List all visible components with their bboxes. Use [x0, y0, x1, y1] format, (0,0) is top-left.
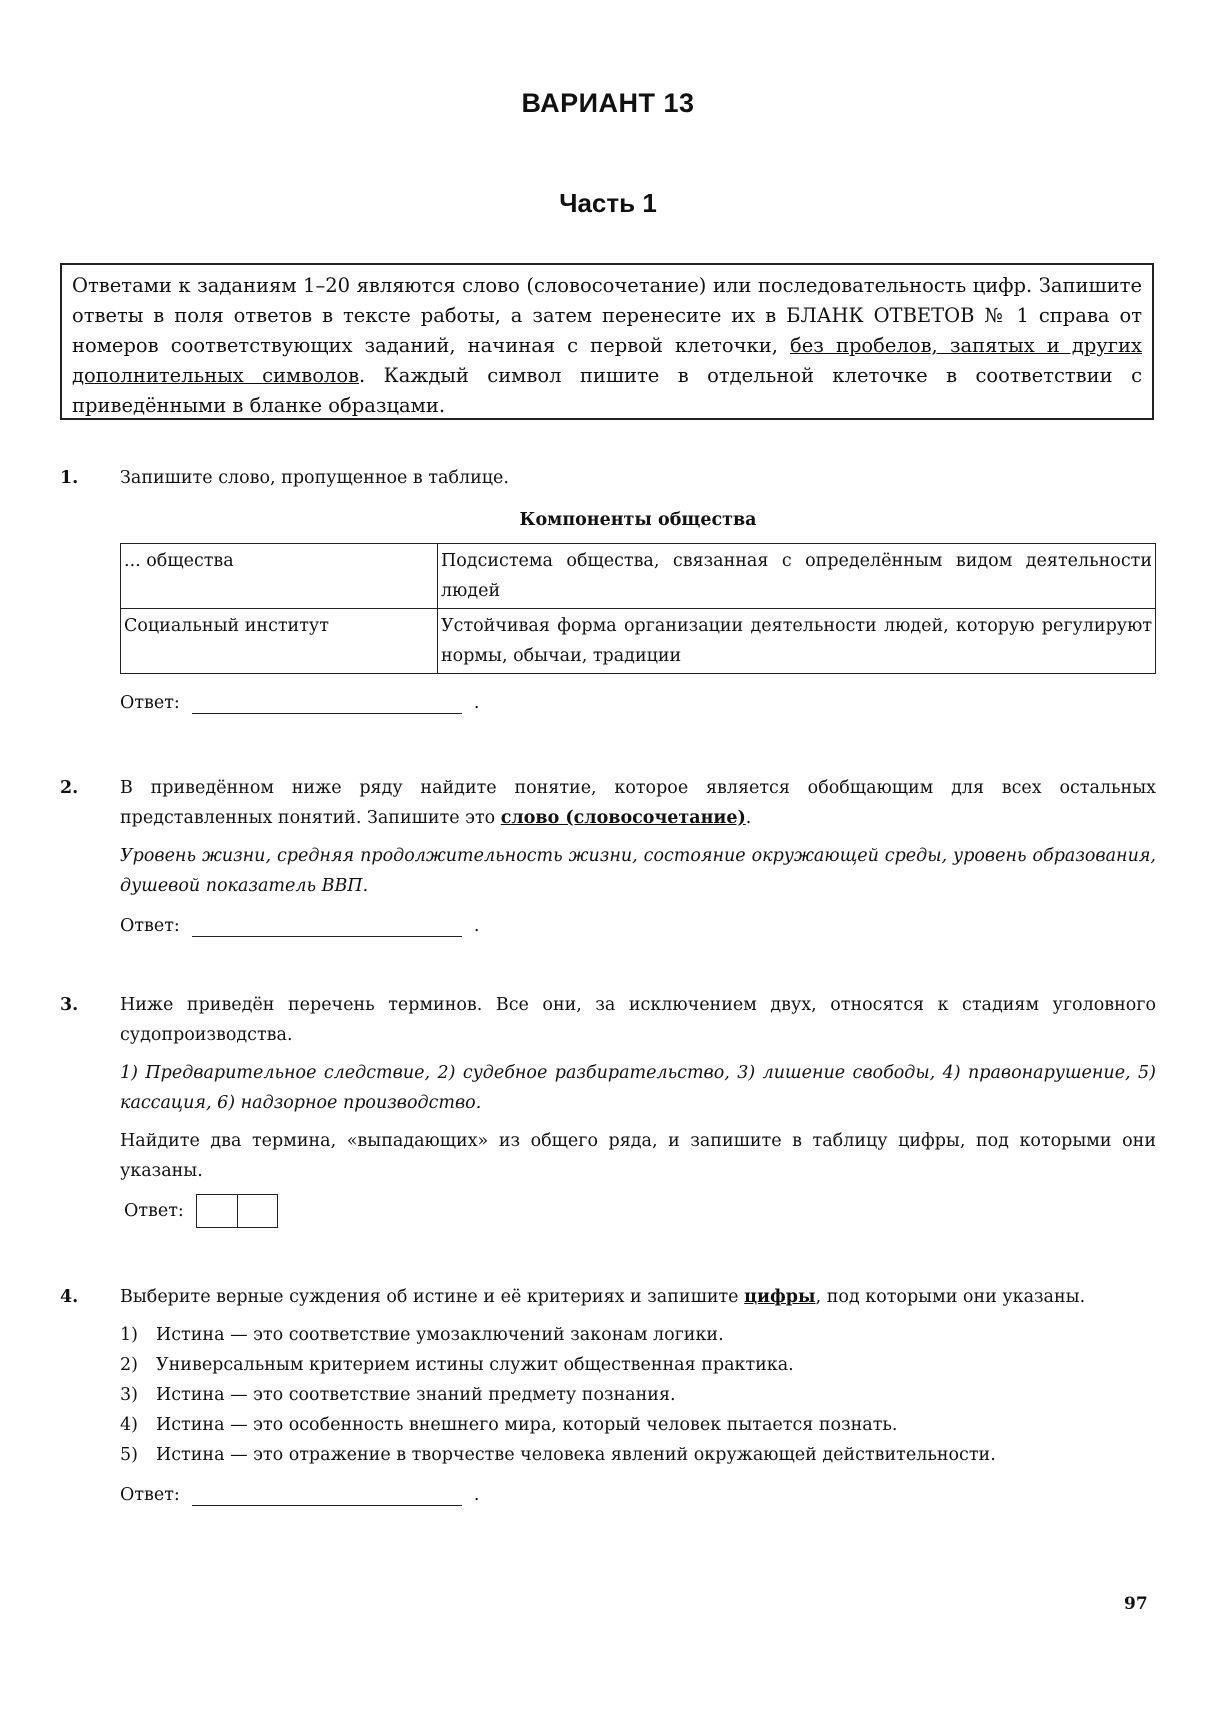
option-text: Истина — это соответствие знаний предмет… [156, 1380, 676, 1410]
table-cell-term: ... общества [121, 544, 438, 609]
question-emphasis: слово (словосочетание) [501, 808, 746, 828]
answer-row: Ответ: . [120, 688, 1156, 718]
question-1: 1. Запишите слово, пропущенное в таблице… [60, 463, 1156, 718]
answer-dot: . [474, 1480, 480, 1510]
answer-dot: . [474, 911, 480, 941]
option-item: 2)Универсальным критерием истины служит … [120, 1350, 1156, 1380]
option-number: 2) [120, 1350, 156, 1380]
question-task: Найдите два термина, «выпадающих» из общ… [120, 1126, 1156, 1186]
option-item: 3)Истина — это соответствие знаний предм… [120, 1380, 1156, 1410]
question-text-start: Выберите верные суждения об истине и её … [120, 1287, 744, 1307]
table-row: Социальный институт Устойчивая форма орг… [121, 609, 1156, 674]
instructions-box: Ответами к заданиям 1–20 являются слово … [60, 263, 1154, 420]
answer-cells [196, 1194, 278, 1228]
answer-row: Ответ: . [120, 1480, 1156, 1510]
question-text-end: . [746, 808, 752, 828]
question-text: Запишите слово, пропущенное в таблице. [120, 463, 1156, 493]
question-4: 4. Выберите верные суждения об истине и … [60, 1282, 1156, 1510]
option-number: 1) [120, 1320, 156, 1350]
question-emphasis: цифры [744, 1287, 815, 1307]
option-item: 1)Истина — это соответствие умозаключени… [120, 1320, 1156, 1350]
option-text: Истина — это особенность внешнего мира, … [156, 1410, 897, 1440]
options-list: 1)Истина — это соответствие умозаключени… [120, 1320, 1156, 1470]
option-text: Истина — это отражение в творчестве чело… [156, 1440, 996, 1470]
answer-field[interactable] [192, 1485, 462, 1506]
variant-title: ВАРИАНТ 13 [0, 88, 1216, 119]
question-number: 1. [60, 463, 78, 493]
answer-row: Ответ: [124, 1194, 1156, 1228]
answer-field[interactable] [192, 916, 462, 937]
question-number: 2. [60, 773, 78, 803]
question-text-end: , под которыми они указаны. [816, 1287, 1086, 1307]
question-text: Выберите верные суждения об истине и её … [120, 1282, 1156, 1312]
answer-cell[interactable] [197, 1195, 237, 1227]
table-cell-definition: Подсистема общества, связанная с определ… [438, 544, 1156, 609]
components-table: ... общества Подсистема общества, связан… [120, 543, 1156, 674]
option-text: Универсальным критерием истины служит об… [156, 1350, 794, 1380]
answer-field[interactable] [192, 693, 462, 714]
answer-label: Ответ: [120, 911, 180, 941]
option-number: 5) [120, 1440, 156, 1470]
question-number: 3. [60, 990, 78, 1020]
option-number: 3) [120, 1380, 156, 1410]
question-3: 3. Ниже приведён перечень терминов. Все … [60, 990, 1156, 1228]
table-title: Компоненты общества [120, 505, 1156, 535]
table-row: ... общества Подсистема общества, связан… [121, 544, 1156, 609]
question-text: В приведённом ниже ряду найдите понятие,… [120, 773, 1156, 833]
answer-row: Ответ: . [120, 911, 1156, 941]
answer-cell[interactable] [237, 1195, 277, 1227]
question-text: Ниже приведён перечень терминов. Все они… [120, 990, 1156, 1050]
answer-label: Ответ: [120, 688, 180, 718]
answer-label: Ответ: [120, 1480, 180, 1510]
option-item: 4)Истина — это особенность внешнего мира… [120, 1410, 1156, 1440]
page-number: 97 [1124, 1594, 1148, 1614]
answer-label: Ответ: [124, 1196, 184, 1226]
option-item: 5)Истина — это отражение в творчестве че… [120, 1440, 1156, 1470]
option-number: 4) [120, 1410, 156, 1440]
table-cell-definition: Устойчивая форма организации деятельност… [438, 609, 1156, 674]
part-title: Часть 1 [0, 188, 1216, 219]
question-number: 4. [60, 1282, 78, 1312]
answer-dot: . [474, 688, 480, 718]
exam-page: ВАРИАНТ 13 Часть 1 Ответами к заданиям 1… [0, 0, 1216, 1712]
table-cell-term: Социальный институт [121, 609, 438, 674]
concept-list: Уровень жизни, средняя продолжительность… [120, 841, 1156, 901]
option-text: Истина — это соответствие умозаключений … [156, 1320, 724, 1350]
term-list: 1) Предварительное следствие, 2) судебно… [120, 1058, 1156, 1118]
question-2: 2. В приведённом ниже ряду найдите понят… [60, 773, 1156, 941]
